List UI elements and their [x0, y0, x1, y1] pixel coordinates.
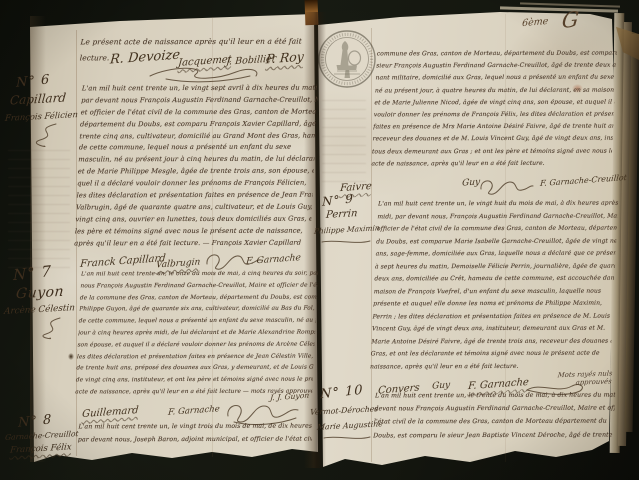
folio-annotation: 6ème — [522, 16, 549, 29]
manuscript-line: les dites déclaration et présentation fa… — [76, 191, 313, 204]
manuscript-line: commune des Gras, canton de Morteau, dép… — [376, 50, 617, 63]
act8-body-start: L'an mil huit cent trente un, le vingt t… — [77, 423, 312, 451]
signature-paraphe — [478, 176, 536, 198]
manuscript-line: de vingt cinq ans, instituteur, et ont l… — [75, 377, 313, 390]
manuscript-line: Philippe Guyon, âgé de quarante six ans,… — [79, 306, 317, 319]
manuscript-line: ans, sage-femme, domiciliée aux Gras, la… — [375, 250, 616, 263]
manuscript-line: et officier de l'état civil de la commun… — [80, 107, 317, 120]
manuscript-line: à sept heures du matin, Demoiselle Félic… — [375, 262, 616, 275]
manuscript-line: Vincent Guy, âgé de vingt deux ans, inst… — [372, 325, 613, 338]
manuscript-line: Valbrugin, âgé de quarante quatre ans, c… — [76, 202, 313, 215]
manuscript-line: par devant nous, Joseph Baron, adjoint m… — [77, 436, 312, 450]
margin-dash — [320, 238, 372, 246]
manuscript-line: né au présent jour, à quatre heures du m… — [375, 86, 616, 99]
manuscript-line: vingt cinq ans, ouvrier en lunettes, tou… — [75, 214, 312, 227]
act7-margin-name: Guyon — [15, 284, 64, 303]
manuscript-line: L'an mil huit cent trente un, le trente … — [375, 392, 616, 406]
act10-body-start: L'an mil huit cent trente un, le trente … — [373, 392, 616, 446]
manuscript-line: officier de l'état civil de la commune d… — [376, 225, 617, 238]
manuscript-line: Marie Antoine Désiré Faivre, âgé de tren… — [371, 337, 612, 350]
manuscript-line: nous François Augustin Ferdinand Garnach… — [80, 282, 318, 295]
ink-bleedthrough — [322, 100, 366, 190]
folio-paraphe: G — [561, 7, 580, 33]
manuscript-line: vouloir donner les prénoms de François F… — [373, 111, 614, 124]
margin-dash — [322, 434, 372, 442]
ink-blot — [68, 353, 74, 360]
act6-margin-name: Capillard — [9, 90, 66, 107]
ink-bleedthrough — [8, 150, 70, 270]
manuscript-line: jour à cinq heures après midi, de lui dé… — [78, 330, 316, 343]
manuscript-line: son épouse, et auquel il a déclaré voulo… — [77, 341, 315, 354]
act7-body: L'an mil huit cent trente un, le onze du… — [75, 271, 318, 402]
page-top-edge — [500, 6, 618, 12]
signature-guy: Guy — [432, 380, 451, 391]
manuscript-line: Gras, et ont les déclarante et témoins s… — [370, 350, 611, 363]
official-round-stamp-icon — [316, 28, 378, 90]
manuscript-line: L'an mil huit cent trente un, le onze du… — [81, 271, 319, 284]
act9-margin-name: Perrin — [326, 208, 358, 221]
manuscript-line: quel il a déclaré vouloir donner les pré… — [77, 179, 314, 192]
manuscript-line: du Doubs, est comparue Marie Isabelle Ga… — [376, 237, 617, 250]
manuscript-line: tous deux demeurant aux Gras ; et ont le… — [372, 147, 613, 160]
manuscript-line: receveur des douanes et de M. Louis Vinc… — [372, 135, 613, 148]
manuscript-line: L'an mil huit cent trente un, le vingt s… — [81, 84, 318, 97]
manuscript-line: Doubs, est comparu le sieur Jean Baptist… — [373, 431, 614, 445]
scanned-register-spread: Le présent acte de naissance après qu'il… — [0, 0, 639, 480]
act6-body: L'an mil huit cent trente un, le vingt s… — [74, 84, 318, 251]
manuscript-line: après qu'il leur en a été fait lecture. … — [74, 238, 311, 251]
manuscript-line: nant militaire, domicilié aux Gras, lequ… — [375, 74, 616, 87]
manuscript-line: présente et auquel elle donne les noms e… — [373, 300, 614, 313]
manuscript-line: midi, par devant nous, François Augustin… — [377, 212, 618, 225]
manuscript-line: L'an mil huit cent trente un, le vingt h… — [378, 200, 619, 213]
manuscript-line: de cette commune, lequel nous a présenté… — [78, 318, 316, 331]
manuscript-line: Perrin ; les dites déclaration et présen… — [372, 312, 613, 325]
signature-flourish — [146, 64, 266, 82]
manuscript-line: et de Marie Philippe Mesgle, âgée de tre… — [77, 167, 314, 180]
manuscript-line: L'an mil huit cent trente un, le vingt t… — [78, 423, 313, 437]
manuscript-line: de trente huit ans, préposé des douanes … — [76, 365, 314, 378]
manuscript-line: acte de naissance, après qu'il leur en a… — [371, 159, 612, 172]
manuscript-line: maison de François Vuefrel, d'un enfant … — [373, 287, 614, 300]
manuscript-line: l'état civil de la commune des Gras, can… — [373, 418, 614, 432]
margin-flourish — [28, 316, 76, 340]
signature-paraphe-guy — [204, 250, 264, 272]
manuscript-line: devant nous François Augustin Ferdinand … — [374, 405, 615, 419]
act9-body: L'an mil huit cent trente un, le vingt h… — [370, 200, 619, 376]
manuscript-line: par devant nous François Augustin Ferdin… — [81, 95, 318, 108]
manuscript-line: deux ans, domiciliée au Crêt, hameau de … — [374, 275, 615, 288]
signature-roy: P. Roy — [265, 49, 304, 67]
manuscript-line: département du Doubs, est comparu Franço… — [80, 119, 317, 132]
act8-body-continuation: commune des Gras, canton de Morteau, dép… — [371, 50, 617, 173]
margin-flourish — [20, 122, 72, 148]
manuscript-line: les père et témoins signé avec nous le p… — [74, 226, 311, 239]
manuscript-line: et de Marie Julienne Nicod, âgée de ving… — [374, 98, 615, 111]
